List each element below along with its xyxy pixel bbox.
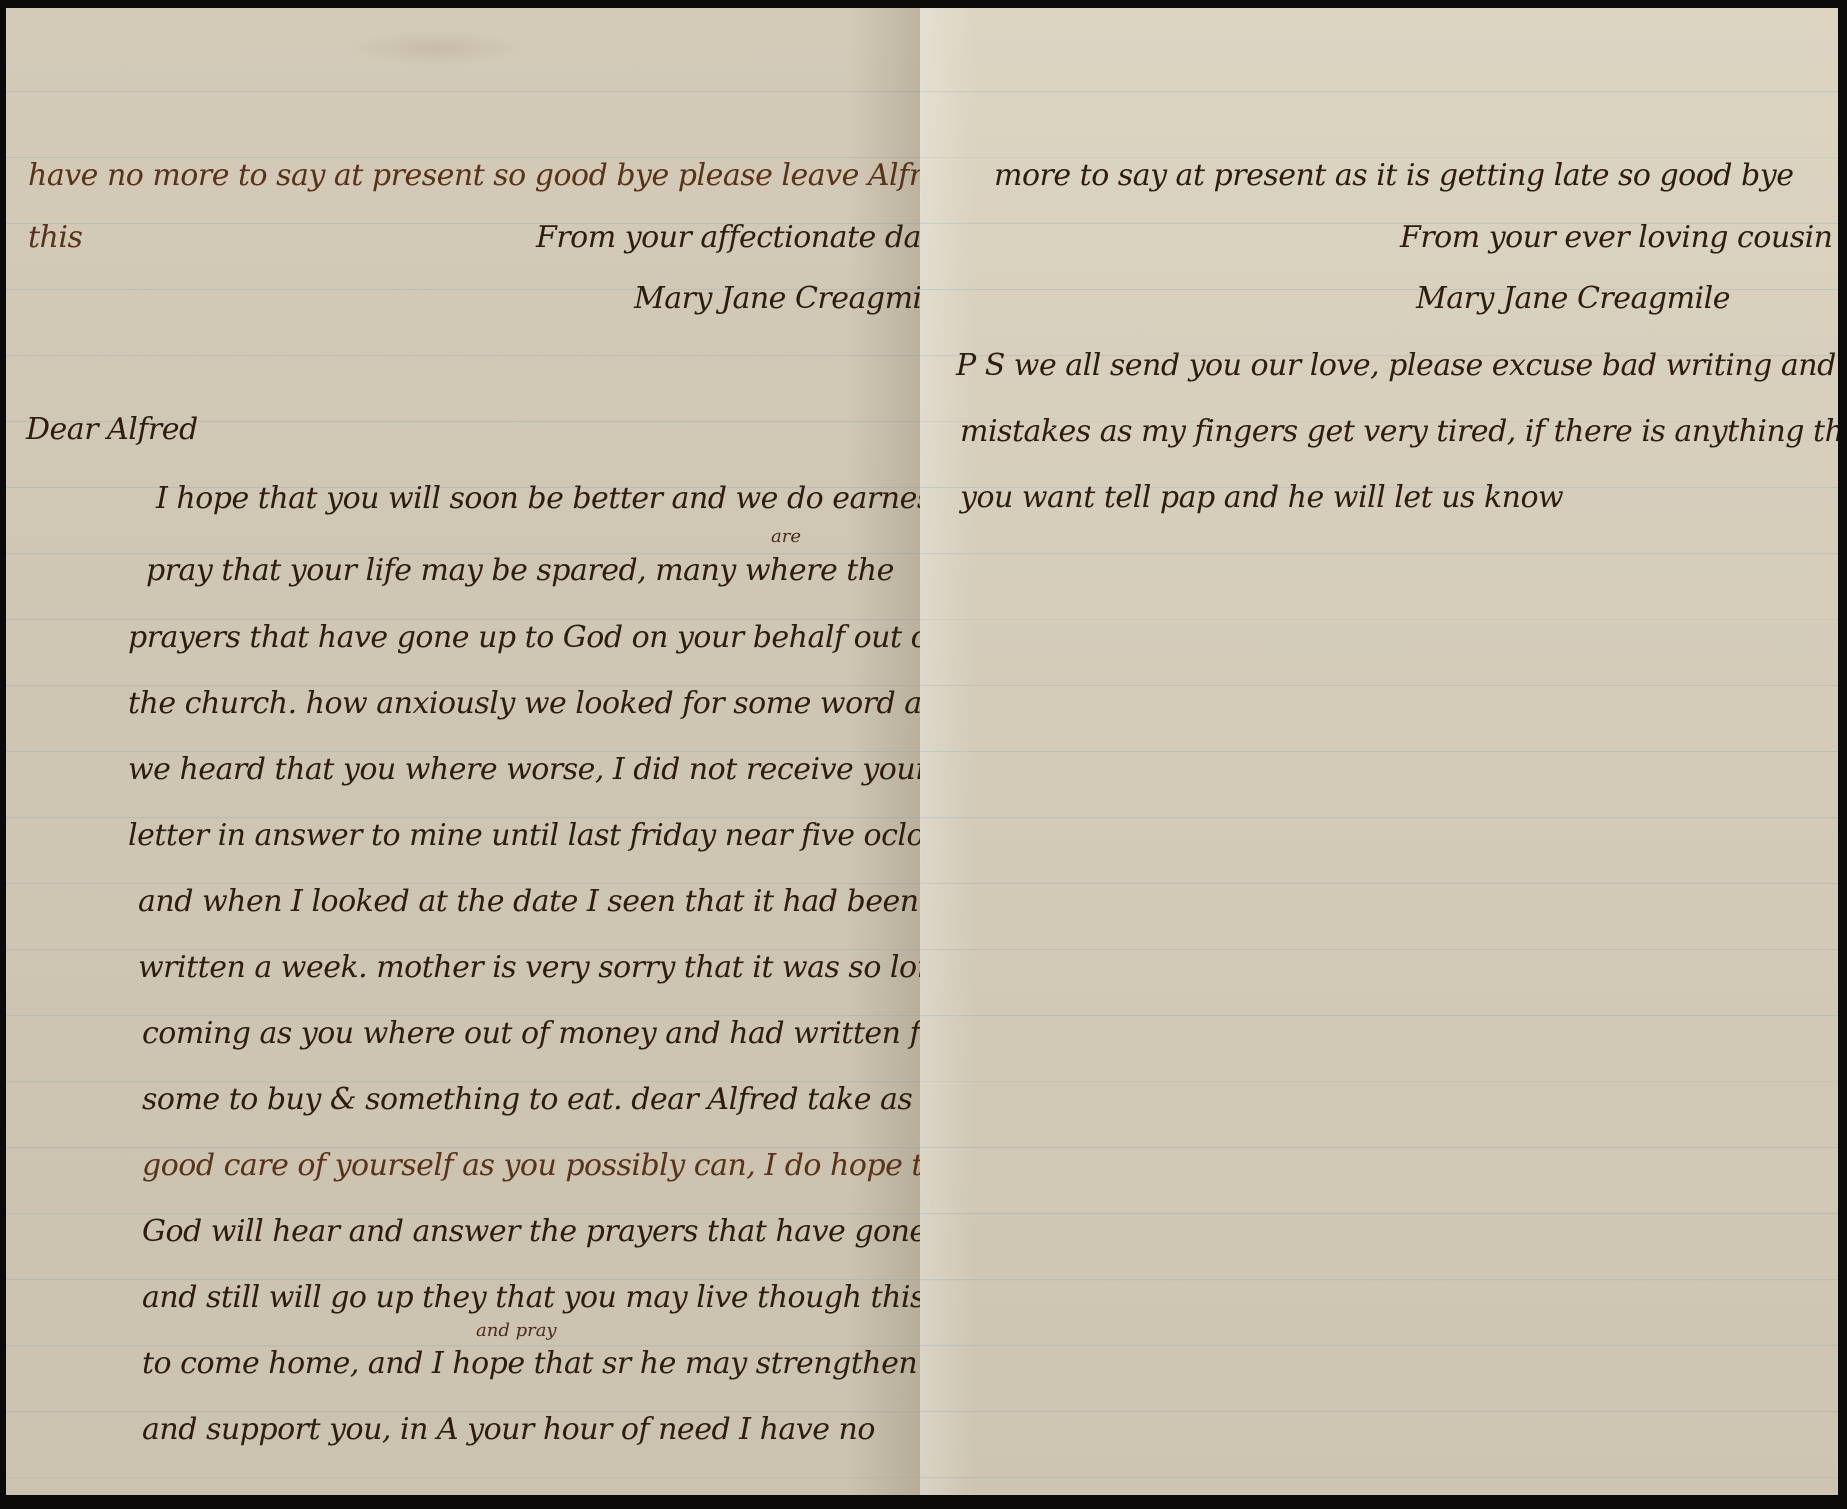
postscript-line-3: you want tell pap and he will let us kno… bbox=[960, 480, 1563, 515]
body-line-12: God will hear and answer the prayers tha… bbox=[142, 1214, 920, 1249]
left-page: have no more to say at present so good b… bbox=[6, 8, 920, 1495]
body-line-6: letter in answer to mine until last frid… bbox=[128, 818, 920, 853]
body-line-1: I hope that you will soon be better and … bbox=[156, 481, 920, 516]
postscript-line-1: P S we all send you our love, please exc… bbox=[956, 348, 1836, 383]
body-line-14: to come home, and I hope that sr he may … bbox=[142, 1346, 917, 1381]
salutation: Dear Alfred bbox=[26, 412, 198, 447]
body-line-7: and when I looked at the date I seen tha… bbox=[138, 884, 919, 919]
body-line-15: and support you, in A your hour of need … bbox=[142, 1412, 875, 1447]
body-line-8: written a week. mother is very sorry tha… bbox=[138, 950, 920, 985]
body-line-5: we heard that you where worse, I did not… bbox=[128, 752, 920, 787]
ink-bleed-through bbox=[346, 30, 526, 66]
insertion-are: are bbox=[771, 526, 801, 547]
body-line-2: pray that your life may be spared, many … bbox=[146, 553, 894, 588]
right-page: more to say at present as it is getting … bbox=[920, 8, 1838, 1495]
closing-line-1: have no more to say at present so good b… bbox=[28, 158, 920, 193]
closing-line: more to say at present as it is getting … bbox=[994, 158, 1793, 193]
postscript-line-2: mistakes as my fingers get very tired, i… bbox=[960, 414, 1838, 449]
body-line-4: the church. how anxiously we looked for … bbox=[128, 686, 920, 721]
signature: Mary Jane Creagmile bbox=[1416, 281, 1730, 316]
signature: Mary Jane Creagmile bbox=[634, 281, 920, 316]
body-line-13: and still will go up they that you may l… bbox=[142, 1280, 920, 1315]
letter-spread: have no more to say at present so good b… bbox=[6, 8, 1838, 1495]
body-line-10: some to buy & something to eat. dear Alf… bbox=[142, 1082, 912, 1117]
valediction: From your ever loving cousin bbox=[1400, 220, 1833, 255]
valediction: From your affectionate daughter bbox=[536, 220, 920, 255]
body-line-9: coming as you where out of money and had… bbox=[142, 1016, 920, 1051]
body-line-3: prayers that have gone up to God on your… bbox=[128, 620, 920, 655]
body-line-11: good care of yourself as you possibly ca… bbox=[142, 1148, 920, 1183]
insertion-and-pray: and pray bbox=[476, 1320, 557, 1341]
closing-line-2: this bbox=[28, 220, 82, 255]
